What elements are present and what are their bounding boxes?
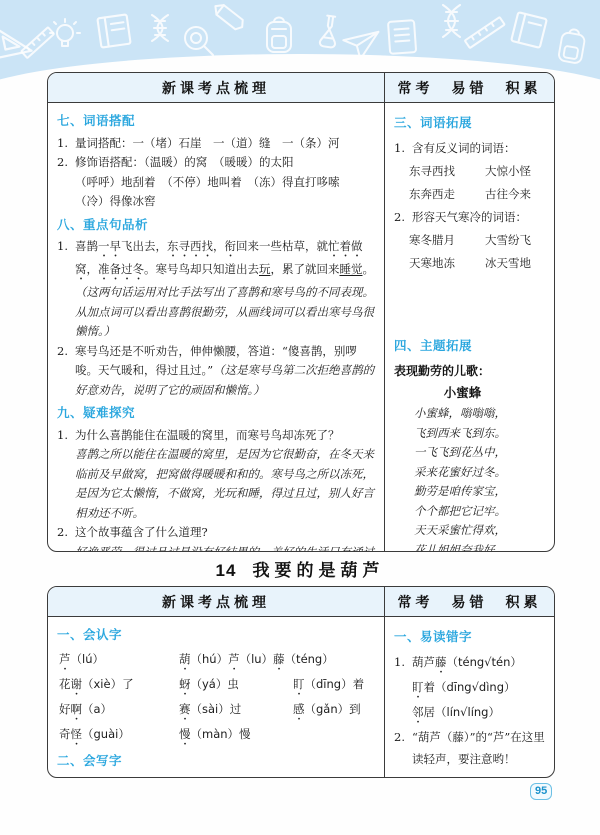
misread-word: 盯着（dīng√dìng） [412,676,545,701]
page-number-badge: 95 [530,783,552,800]
lesson-title: 14我要的是葫芦 [0,556,600,581]
collocation-line: （呼呼）地刮着 （不停）地叫着 （冻）得直打哆嗦 [75,173,375,193]
workbook-page: 新课考点梳理 常考 易错 积累 七、词语搭配 1. 量词搭配：一（堵）石崖 一（… [0,0,600,835]
section-theme-expansion-title: 四、主题拓展 [394,335,545,358]
list-item: 1. 含有反义词的词语： [394,137,545,160]
lesson-number: 14 [216,561,237,580]
dna-icon [432,2,468,54]
table2-side-column: 一、易读错字 1. 葫芦藤（téng√tén） 盯着（dīng√dìng） 邻居… [385,617,554,777]
pinyin-entry: 葫（hú）芦（lu）藤（téng） [179,648,375,673]
pinyin-row: 花谢（xiè）了 蚜（yá）虫 盯（dīng）着 [57,673,375,698]
list-item: 2. 寒号鸟还是不听劝告，伸伸懒腰，答道：“傻喜鹊，别啰唆。天气暖和，得过且过。… [57,342,375,401]
list-item: 1. 喜鹊一早飞出去，东寻西找，衔回来一些枯草，就忙着做窝，准备过冬。寒号鸟却只… [57,237,375,342]
section-inquiry-title: 九、疑难探究 [57,404,375,424]
word: 大雪纷飞 [485,229,531,252]
table2-header-right: 常考 易错 积累 [385,587,554,617]
poem-line: 小蜜蜂，嗡嗡嗡， [394,404,545,424]
poem-line: 花儿姐姐夸我好。 [394,541,545,552]
misread-word: 葫芦藤（téng√tén） [412,651,545,676]
item-text: 修饰语搭配：（温暖）的窝 （暖暖）的太阳 （呼呼）地刮着 （不停）地叫着 （冻）… [75,153,375,212]
item-number: 2. [57,342,75,401]
pinyin-row: 棵 kē（一棵） 谢 xiè（凋谢）（感谢） [57,773,375,777]
table1-main-column: 七、词语搭配 1. 量词搭配：一（堵）石崖 一（道）缝 一（条）河 2. 修饰语… [48,103,385,551]
pinyin-row: 芦（lú） 葫（hú）芦（lu）藤（téng） [57,648,375,673]
collocation-line: （冷）得像冰窖 [75,192,375,212]
pinyin-entry: 蚜（yá）虫 [179,673,293,698]
question-text: 为什么喜鹊能住在温暖的窝里，而寒号鸟却冻死了？ [75,426,375,446]
poem-line: 一飞飞到花丛中， [394,443,545,463]
pinyin-entry: 奇怪（guài） [59,723,179,748]
poem-intro: 表现勤劳的儿歌： [394,360,545,382]
list-item: 1. 量词搭配：一（堵）石崖 一（道）缝 一（条）河 [57,134,375,154]
word: 冰天雪地 [485,252,531,275]
word-pair-row: 东奔西走 古往今来 [394,183,545,206]
word-pair-row: 寒冬腊月 大雪纷飞 [394,229,545,252]
list-item: 2. 形容天气寒冷的词语： [394,206,545,229]
item-number: 1. [57,426,75,524]
answer-text: 喜鹊之所以能住在温暖的窝里，是因为它很勤奋，在冬天来临前及早做窝，把窝做得暖暖和… [75,445,375,523]
section-word-collocation-title: 七、词语搭配 [57,112,375,132]
pinyin-entry: 盯（dīng）着 [293,673,375,698]
light-bulb-icon [46,16,84,56]
misread-word: 邻居（lín√líng） [412,701,545,726]
table1-header-left: 新课考点梳理 [48,73,385,103]
pinyin-row: 好啊（a） 赛（sài）过 感（gǎn）到 [57,698,375,723]
word: 天寒地冻 [409,252,485,275]
pronunciation-tip: “葫芦（藤）”的“芦”在这里读轻声，要注意哟！ [412,726,545,771]
pinyin-entry: 赛（sài）过 [179,698,293,723]
list-item: 2. “葫芦（藤）”的“芦”在这里读轻声，要注意哟！ [394,726,545,771]
question-answer: 为什么喜鹊能住在温暖的窝里，而寒号鸟却冻死了？ 喜鹊之所以能住在温暖的窝里，是因… [75,426,375,524]
review-table-hanhaoniao: 新课考点梳理 常考 易错 积累 七、词语搭配 1. 量词搭配：一（堵）石崖 一（… [47,72,555,552]
table2-main-column: 一、会认字 芦（lú） 葫（hú）芦（lu）藤（téng） 花谢（xiè）了 蚜… [48,617,385,777]
list-item: 1. 为什么喜鹊能住在温暖的窝里，而寒号鸟却冻死了？ 喜鹊之所以能住在温暖的窝里… [57,426,375,524]
item-number: 2. [394,726,412,771]
collocation-line: 修饰语搭配：（温暖）的窝 （暖暖）的太阳 [75,153,375,173]
section-misread-chars-title: 一、易读错字 [394,626,545,649]
misread-words: 葫芦藤（téng√tén） 盯着（dīng√dìng） 邻居（lín√líng） [412,651,545,726]
word: 古往今来 [485,183,531,206]
poem-line: 勤劳是咱传家宝， [394,482,545,502]
item-number: 2. [57,523,75,551]
word-pair-row: 东寻西找 大惊小怪 [394,160,545,183]
book-icon [503,4,554,57]
word: 大惊小怪 [485,160,531,183]
table1-side-column: 三、词语拓展 1. 含有反义词的词语： 东寻西找 大惊小怪 东奔西走 古往今来 … [385,103,554,551]
word-pair-row: 天寒地冻 冰天雪地 [394,252,545,275]
poem-line: 个个都把它记牢。 [394,502,545,522]
section-word-expansion-title: 三、词语拓展 [394,112,545,135]
pinyin-entry: 棵 kē（一棵） [59,773,255,777]
answer-text: 好逸恶劳、得过且过是没有好结果的，美好的生活只有通过辛勤的劳动才能得到。 [75,543,375,552]
sentence-analysis: 喜鹊一早飞出去，东寻西找，衔回来一些枯草，就忙着做窝，准备过冬。寒号鸟却只知道出… [75,237,375,342]
section-write-chars-title: 二、会写字 [57,752,375,772]
poem-line: 采来花蜜好过冬。 [394,463,545,483]
poem-line: 飞到西来飞到东。 [394,424,545,444]
item-text: 含有反义词的词语： [412,137,545,160]
item-number: 2. [57,153,75,212]
review-table-woyaodeshihulu: 新课考点梳理 常考 易错 积累 一、会认字 芦（lú） 葫（hú）芦（lu）藤（… [47,586,555,778]
item-number: 1. [57,237,75,342]
item-text: 量词搭配：一（堵）石崖 一（道）缝 一（条）河 [75,134,375,154]
pinyin-entry: 谢 xiè（凋谢）（感谢） [255,773,375,777]
question-answer: 这个故事蕴含了什么道理? 好逸恶劳、得过且过是没有好结果的，美好的生活只有通过辛… [75,523,375,551]
pinyin-entry: 芦（lú） [59,648,179,673]
lesson-title-text: 我要的是葫芦 [252,561,384,580]
word: 东奔西走 [409,183,485,206]
pinyin-entry: 好啊（a） [59,698,179,723]
dna-icon [142,12,176,56]
section-key-sentences-title: 八、重点句品析 [57,216,375,236]
table2-header-left: 新课考点梳理 [48,587,385,617]
sentence-analysis: 寒号鸟还是不听劝告，伸伸懒腰，答道：“傻喜鹊，别啰唆。天气暖和，得过且过。”（这… [75,342,375,401]
section-recognize-chars-title: 一、会认字 [57,626,375,646]
word: 东寻西找 [409,160,485,183]
list-item: 2. 这个故事蕴含了什么道理? 好逸恶劳、得过且过是没有好结果的，美好的生活只有… [57,523,375,551]
question-text: 这个故事蕴含了什么道理? [75,523,375,543]
book-icon [89,7,138,55]
item-text: 形容天气寒冷的词语： [412,206,545,229]
poem-title: 小蜜蜂 [394,382,545,404]
poem-line: 天天采蜜忙得欢， [394,521,545,541]
pinyin-entry: 感（gǎn）到 [293,698,375,723]
item-number: 1. [394,137,412,160]
list-item: 2. 修饰语搭配：（温暖）的窝 （暖暖）的太阳 （呼呼）地刮着 （不停）地叫着 … [57,153,375,212]
word: 寒冬腊月 [409,229,485,252]
pinyin-entry: 花谢（xiè）了 [59,673,179,698]
ruler-icon [461,13,509,54]
item-number: 1. [394,651,412,726]
table1-header-right: 常考 易错 积累 [385,73,554,103]
item-number: 2. [394,206,412,229]
list-item: 1. 葫芦藤（téng√tén） 盯着（dīng√dìng） 邻居（lín√lí… [394,651,545,726]
backpack-icon [548,21,595,71]
backpack-icon [258,12,300,58]
item-number: 1. [57,134,75,154]
notebook-icon [381,13,424,60]
pinyin-entry: 慢（màn）慢 [179,723,293,748]
pinyin-row: 奇怪（guài） 慢（màn）慢 [57,723,375,748]
